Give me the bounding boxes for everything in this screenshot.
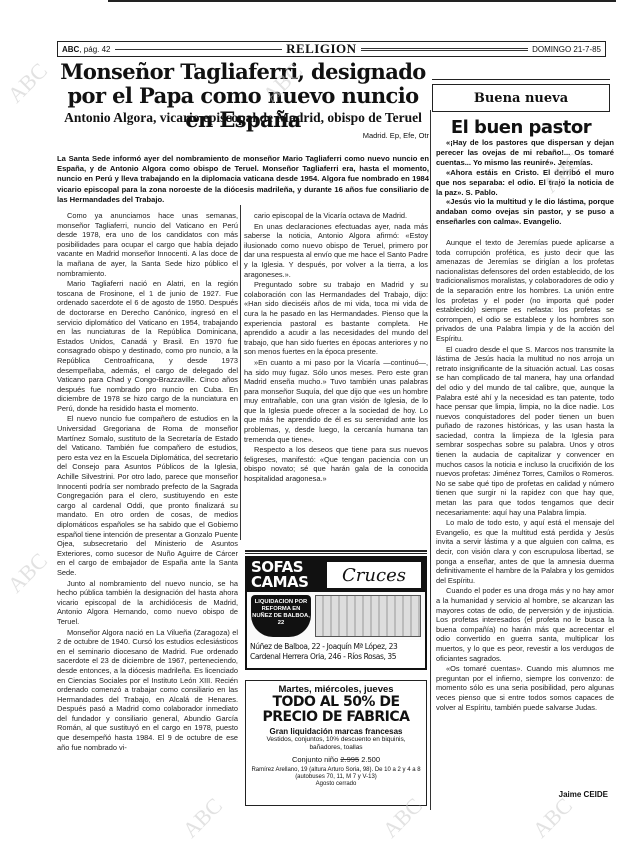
issue-date: DOMINGO 21-7-85 bbox=[532, 45, 601, 54]
publication-name: ABC bbox=[62, 45, 79, 54]
price-new: 2.500 bbox=[361, 755, 380, 764]
article-lead: La Santa Sede informó ayer del nombramie… bbox=[57, 154, 429, 205]
paragraph: Respecto a los deseos que tiene para sus… bbox=[244, 445, 428, 483]
ad-address: Ramírez Arellano, 19 (altura Arturo Sori… bbox=[250, 767, 422, 781]
header-rule bbox=[115, 49, 283, 50]
sidebar-top-rule bbox=[432, 79, 610, 82]
ad-badge: LIQUIDACION POR REFORMA EN NUÑEZ DE BALB… bbox=[251, 595, 311, 637]
paragraph: »En cuanto a mi paso por la Vicaría —con… bbox=[244, 358, 428, 444]
column-divider bbox=[240, 205, 241, 540]
ad-brand-logo: Cruces bbox=[327, 562, 421, 588]
ad-sofas-camas: SOFAS CAMAS Cruces LIQUIDACION POR REFOR… bbox=[245, 550, 427, 670]
paragraph: Cuando el poder es una droga más y no ha… bbox=[436, 586, 614, 663]
ad-text: Vestidos, conjuntos, 10% descuento en bi… bbox=[250, 736, 422, 752]
sidebar-title: El buen pastor bbox=[432, 117, 610, 138]
ad-note: Agosto cerrado bbox=[250, 781, 422, 788]
header-rule bbox=[361, 48, 529, 51]
page-number: pág. 42 bbox=[84, 45, 111, 54]
page-header: ABC, pág. 42 RELIGION DOMINGO 21-7-85 bbox=[57, 41, 606, 57]
paragraph: El nuevo nuncio fue compañero de estudio… bbox=[57, 414, 238, 577]
paragraph: Como ya anunciamos hace unas semanas, mo… bbox=[57, 211, 238, 278]
article-subhead: Antonio Algora, vicario episcopal de Mad… bbox=[57, 110, 429, 126]
watermark: ABC bbox=[177, 793, 227, 843]
paragraph: Mario Tagliaferri nació en Alatri, en la… bbox=[57, 279, 238, 413]
sidebar-quotes: «¡Hay de los pastores que dispersan y de… bbox=[436, 138, 614, 227]
watermark: ABC bbox=[527, 793, 577, 843]
paragraph: El cuadro desde el que S. Marcos nos tra… bbox=[436, 345, 614, 518]
price-old: 2.995 bbox=[340, 755, 359, 764]
article-column-1: Como ya anunciamos hace unas semanas, mo… bbox=[57, 211, 238, 753]
ad-top-rule bbox=[245, 550, 427, 554]
top-rule bbox=[108, 0, 616, 2]
price-label: Conjunto niño bbox=[292, 755, 338, 764]
ad-sub: Gran liquidación marcas francesas bbox=[250, 727, 422, 736]
ad-photo-storefront bbox=[315, 595, 421, 637]
section-title: RELIGION bbox=[286, 41, 356, 57]
quote: «¡Hay de los pastores que dispersan y de… bbox=[436, 138, 614, 168]
ad-address: Cardenal Herrera Oria, 246 - Ríos Rosas,… bbox=[250, 652, 422, 662]
quote: «Ahora estáis en Cristo. El derribó el m… bbox=[436, 168, 614, 198]
sidebar-box-title: Buena nueva bbox=[432, 84, 610, 112]
paragraph: cario episcopal de la Vicaría octava de … bbox=[244, 211, 428, 221]
ad-address: Núñez de Balboa, 22 - Joaquín Mª López, … bbox=[250, 642, 422, 652]
paragraph: Preguntado sobre su trabajo en Madrid y … bbox=[244, 280, 428, 357]
ad-main: TODO AL 50% DE PRECIO DE FABRICA bbox=[250, 695, 422, 725]
paragraph: En unas declaraciones efectuadas ayer, n… bbox=[244, 222, 428, 280]
sidebar-column: Aunque el texto de Jeremías puede aplica… bbox=[436, 238, 614, 713]
article-dateline: Madrid. Ep, Efe, Otr bbox=[57, 131, 429, 140]
author-signature: Jaime CEIDE bbox=[436, 790, 608, 799]
ad-headline: CAMAS bbox=[251, 575, 319, 590]
quote: «Jesús vio la multitud y le dio lástima,… bbox=[436, 197, 614, 227]
paragraph: Lo malo de todo esto, y aquí está el men… bbox=[436, 518, 614, 585]
paragraph: «Os tomaré cuentas». Cuando mis alumnos … bbox=[436, 664, 614, 712]
column-divider bbox=[430, 110, 431, 810]
ad-fabrica: Martes, miércoles, jueves TODO AL 50% DE… bbox=[245, 680, 427, 806]
watermark: ABC bbox=[2, 58, 52, 108]
watermark: ABC bbox=[2, 548, 52, 598]
paragraph: Aunque el texto de Jeremías puede aplica… bbox=[436, 238, 614, 344]
article-column-2: cario episcopal de la Vicaría octava de … bbox=[244, 211, 428, 485]
paragraph: Junto al nombramiento del nuevo nuncio, … bbox=[57, 579, 238, 627]
paragraph: Monseñor Algora nació en La Vilueña (Zar… bbox=[57, 628, 238, 753]
